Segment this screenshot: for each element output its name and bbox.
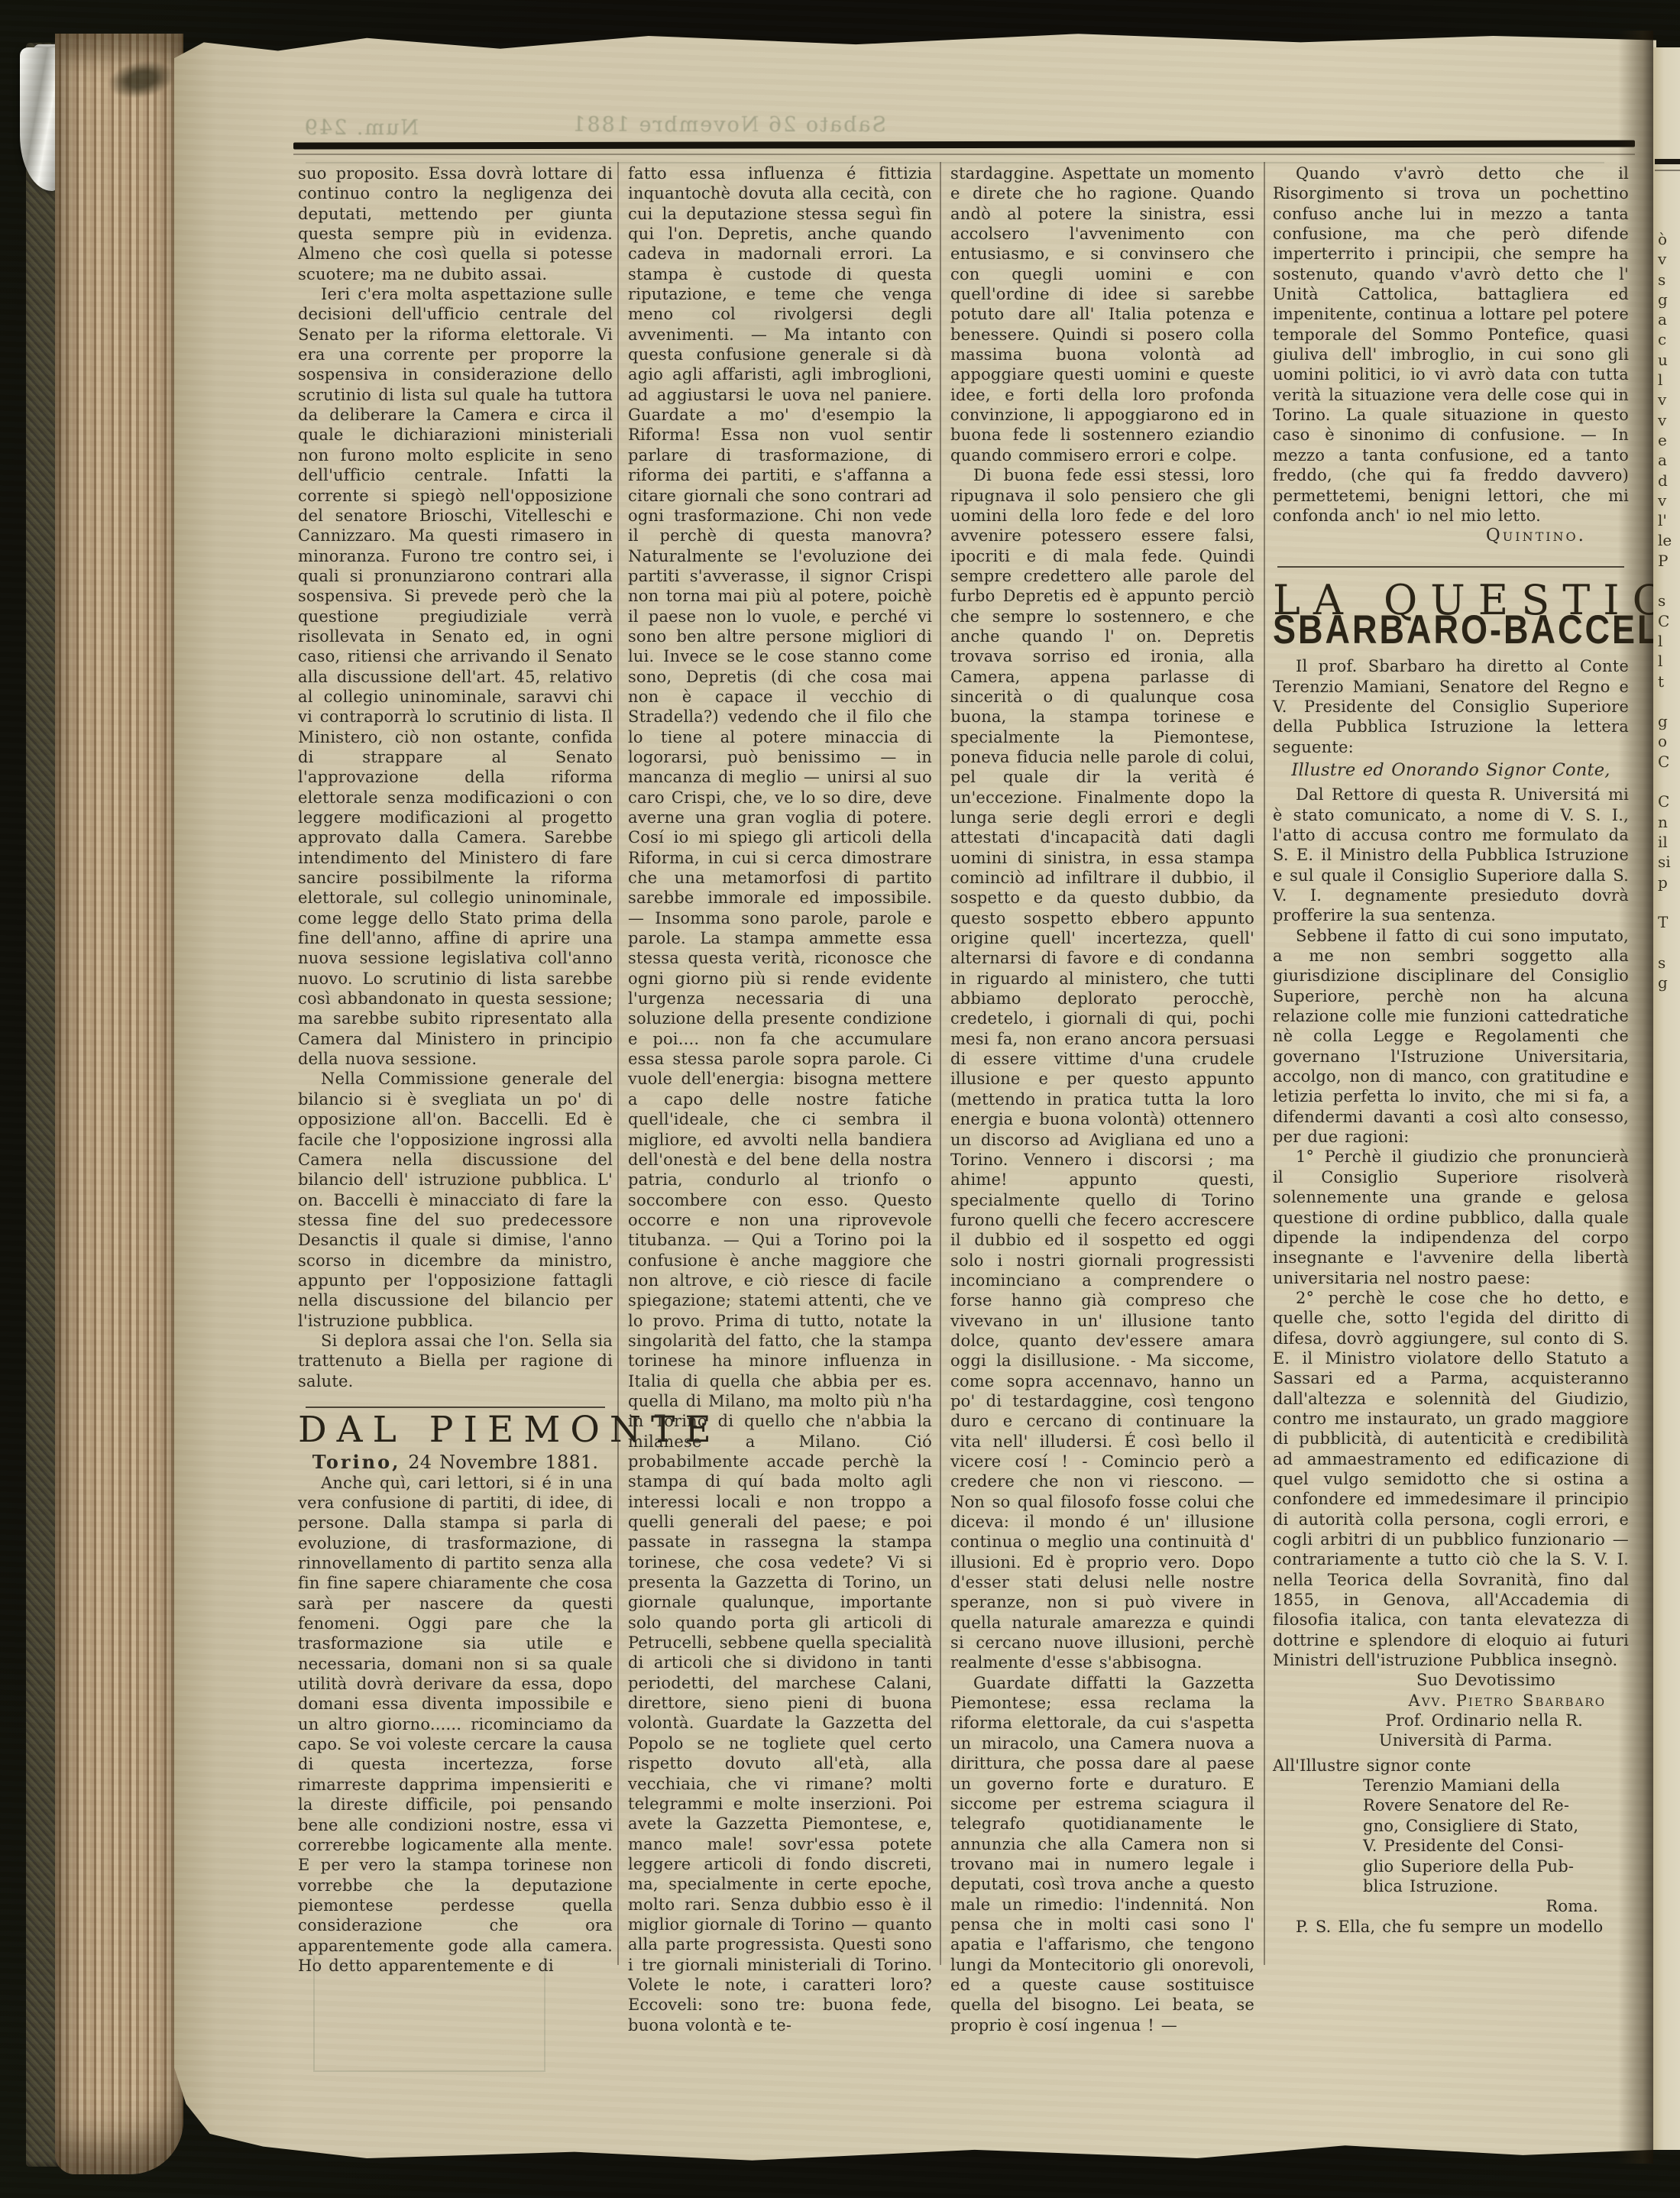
paragraph: Si deplora assai che l'on. Sella sia tra… xyxy=(298,1331,613,1391)
author-signature: Quintino. xyxy=(1273,526,1629,545)
paragraph: 1° Perchè il giudizio che pronuncierà il… xyxy=(1273,1147,1629,1287)
article-column-3: stardaggine. Aspettate un momento e dire… xyxy=(950,163,1254,2035)
letter-salutation: Illustre ed Onorando Signor Conte, xyxy=(1273,760,1629,780)
stacked-page-edges xyxy=(55,34,183,2174)
paragraph: Ieri c'era molta aspettazione sulle deci… xyxy=(298,284,613,1069)
section-heading-dal-piemonte: DAL PIEMONTE xyxy=(298,1420,613,1440)
paragraph: Dal Rettore di questa R. Universitá mi è… xyxy=(1273,785,1629,925)
letter-signer-university: Università di Parma. xyxy=(1273,1730,1629,1750)
letter-closing: Suo Devotissimo xyxy=(1273,1670,1629,1690)
page-gutter-shadow xyxy=(1618,31,1653,2164)
paragraph: Sebbene il fatto di cui sono imputato, a… xyxy=(1273,926,1629,1148)
paragraph: Nella Commissione generale del bilancio … xyxy=(298,1069,613,1330)
adjacent-page-text-fragments: ò v s g a c u l v v e a d v l' le P s C … xyxy=(1658,229,1679,992)
letter-signer-name: Avv. Pietro Sbarbaro xyxy=(1273,1691,1629,1711)
article-column-4: Quando v'avrò detto che il Risorgimento … xyxy=(1273,163,1629,1937)
paragraph: fatto essa influenza é fittizia inquanto… xyxy=(628,163,932,2035)
section-heading-sbarbaro-baccelli: SBARBARO-BACCELLI xyxy=(1273,618,1629,642)
adjacent-page-rule xyxy=(1655,159,1680,164)
article-column-2: fatto essa influenza é fittizia inquanto… xyxy=(628,163,932,2035)
section-rule xyxy=(1277,566,1624,568)
section-rule xyxy=(306,1407,605,1408)
dateline-date: 24 Novembre 1881. xyxy=(400,1452,598,1473)
paragraph: Quando v'avrò detto che il Risorgimento … xyxy=(1273,163,1629,526)
address-city: Roma. xyxy=(1273,1896,1629,1916)
adjacent-page-rule-thin xyxy=(1655,170,1680,171)
article-column-1: suo proposito. Essa dovrà lottare di con… xyxy=(298,163,613,1976)
dateline: Torino, 24 Novembre 1881. xyxy=(298,1452,613,1472)
paragraph: Il prof. Sbarbaro ha diretto al Conte Te… xyxy=(1273,656,1629,757)
postscript: P. S. Ella, che fu sempre un modello xyxy=(1273,1917,1629,1937)
letter-signer-title: Prof. Ordinario nella R. xyxy=(1273,1711,1629,1730)
address-block: Terenzio Mamiani della Rovere Senatore d… xyxy=(1273,1776,1629,1896)
column-divider xyxy=(940,162,941,1965)
column-divider xyxy=(1264,162,1265,1965)
dateline-place: Torino, xyxy=(312,1451,401,1473)
scanned-newspaper-page: Sabato 26 Novembre 1881 Num. 249 suo pro… xyxy=(0,0,1680,2198)
column-divider xyxy=(617,162,619,1965)
paragraph: Anche quì, cari lettori, si é in una ver… xyxy=(298,1473,613,1976)
showthrough-masthead-date: Sabato 26 Novembre 1881 xyxy=(489,113,886,137)
showthrough-issue-number: Num. 249 xyxy=(296,116,419,140)
masthead-rule-thin xyxy=(293,154,1635,155)
paragraph: stardaggine. Aspettate un momento e dire… xyxy=(950,163,1254,465)
paragraph: Guardate diffatti la Gazzetta Piemontese… xyxy=(950,1673,1254,2035)
paragraph: suo proposito. Essa dovrà lottare di con… xyxy=(298,163,613,284)
address-recipient-intro: All'Illustre signor conte xyxy=(1273,1756,1629,1776)
paragraph: Di buona fede essi stessi, loro ripugnav… xyxy=(950,465,1254,1673)
paragraph: 2° perchè le cose che ho detto, e quelle… xyxy=(1273,1288,1629,1671)
